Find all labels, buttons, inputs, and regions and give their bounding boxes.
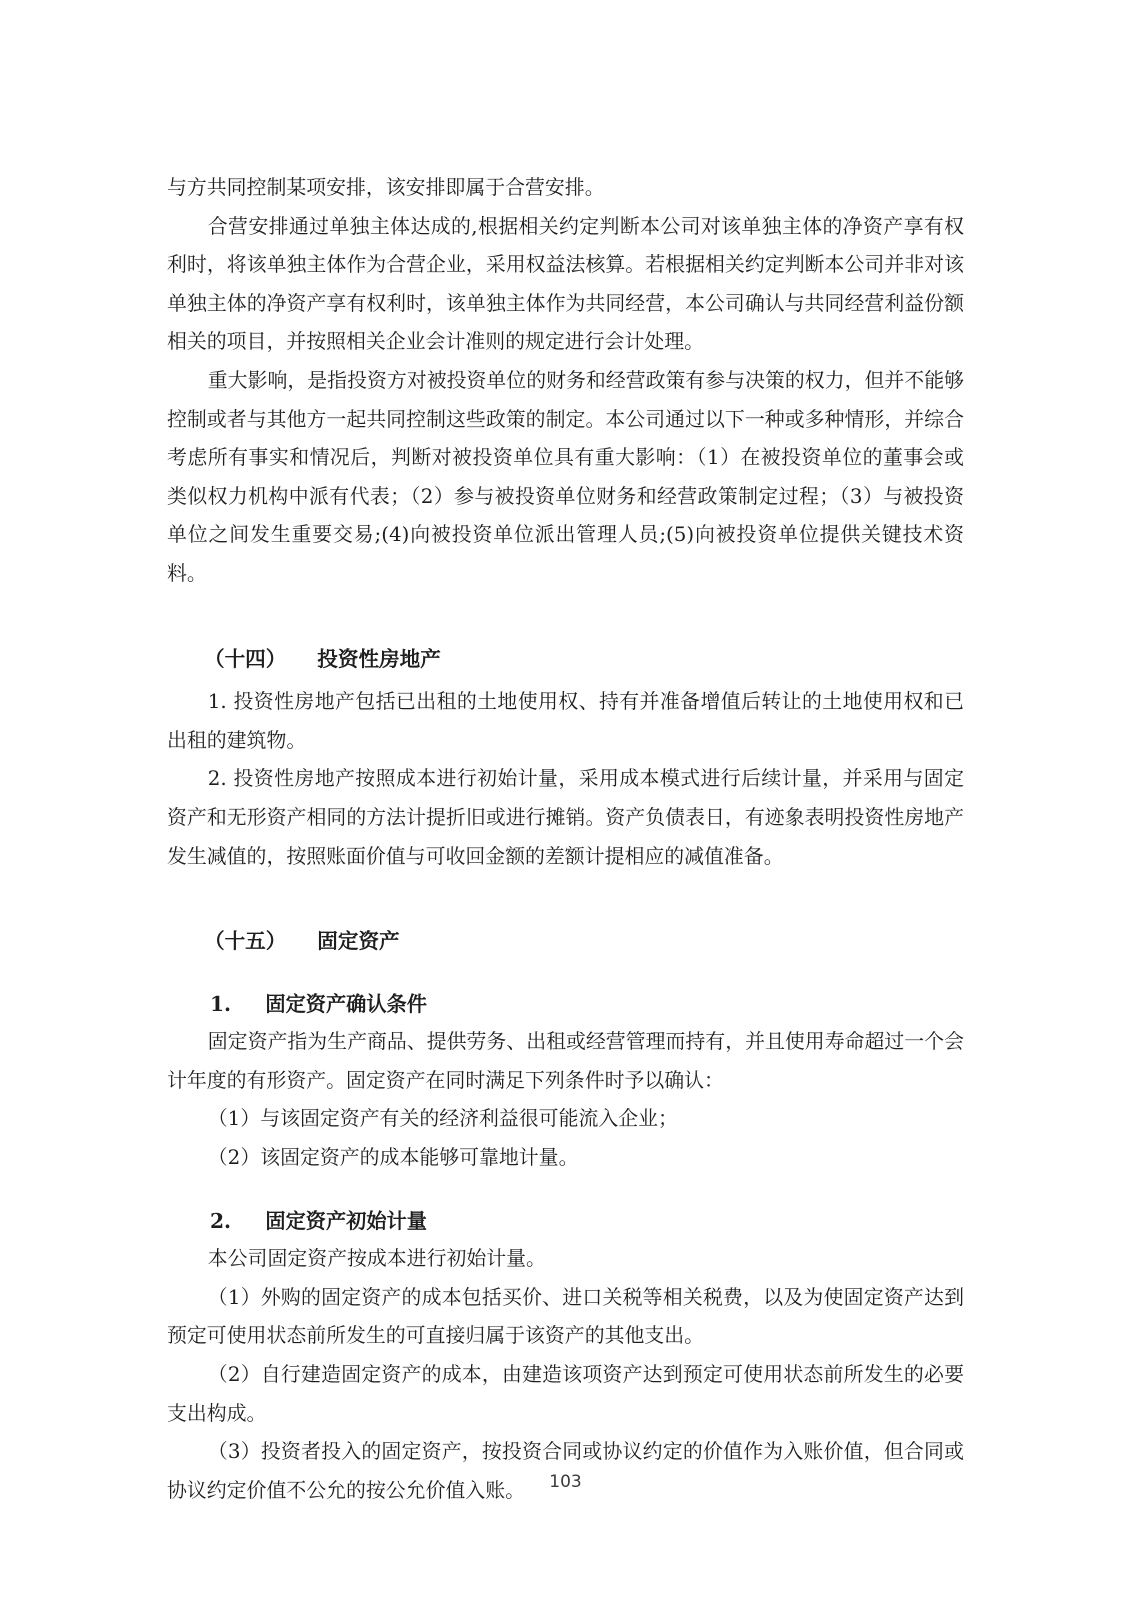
section-heading-number: （十五） — [204, 929, 286, 953]
paragraph: （1）与该固定资产有关的经济利益很可能流入企业； — [167, 1100, 964, 1139]
paragraph: 2. 投资性房地产按照成本进行初始计量，采用成本模式进行后续计量，并采用与固定资… — [167, 760, 964, 876]
section-heading: （十四）投资性房地产 — [167, 640, 964, 679]
sub-heading-number: 1. — [210, 992, 231, 1016]
sub-heading-number: 2. — [210, 1209, 231, 1233]
paragraph: 重大影响，是指投资方对被投资单位的财务和经营政策有参与决策的权力，但并不能够控制… — [167, 362, 964, 594]
document-page: 与方共同控制某项安排，该安排即属于合营安排。合营安排通过单独主体达成的,根据相关… — [0, 0, 1131, 1600]
paragraph: 固定资产指为生产商品、提供劳务、出租或经营管理而持有，并且使用寿命超过一个会计年… — [167, 1023, 964, 1100]
section-heading-title: 投资性房地产 — [317, 647, 441, 671]
sub-heading: 1.固定资产确认条件 — [167, 985, 964, 1024]
paragraph: 1. 投资性房地产包括已出租的土地使用权、持有并准备增值后转让的土地使用权和已出… — [167, 683, 964, 760]
section-heading: （十五）固定资产 — [167, 922, 964, 961]
section-heading-title: 固定资产 — [317, 929, 399, 953]
paragraph: 与方共同控制某项安排，该安排即属于合营安排。 — [167, 169, 964, 208]
sub-heading-title: 固定资产确认条件 — [265, 992, 427, 1016]
sub-heading: 2.固定资产初始计量 — [167, 1202, 964, 1241]
page-number: 103 — [0, 1472, 1131, 1492]
paragraph: 本公司固定资产按成本进行初始计量。 — [167, 1240, 964, 1279]
paragraph: （2）该固定资产的成本能够可靠地计量。 — [167, 1139, 964, 1178]
page-content: 与方共同控制某项安排，该安排即属于合营安排。合营安排通过单独主体达成的,根据相关… — [167, 169, 964, 1510]
paragraph: 合营安排通过单独主体达成的,根据相关约定判断本公司对该单独主体的净资产享有权利时… — [167, 208, 964, 362]
sub-heading-title: 固定资产初始计量 — [265, 1209, 427, 1233]
section-heading-number: （十四） — [204, 647, 286, 671]
paragraph: （2）自行建造固定资产的成本，由建造该项资产达到预定可使用状态前所发生的必要支出… — [167, 1356, 964, 1433]
paragraph: （1）外购的固定资产的成本包括买价、进口关税等相关税费，以及为使固定资产达到预定… — [167, 1279, 964, 1356]
